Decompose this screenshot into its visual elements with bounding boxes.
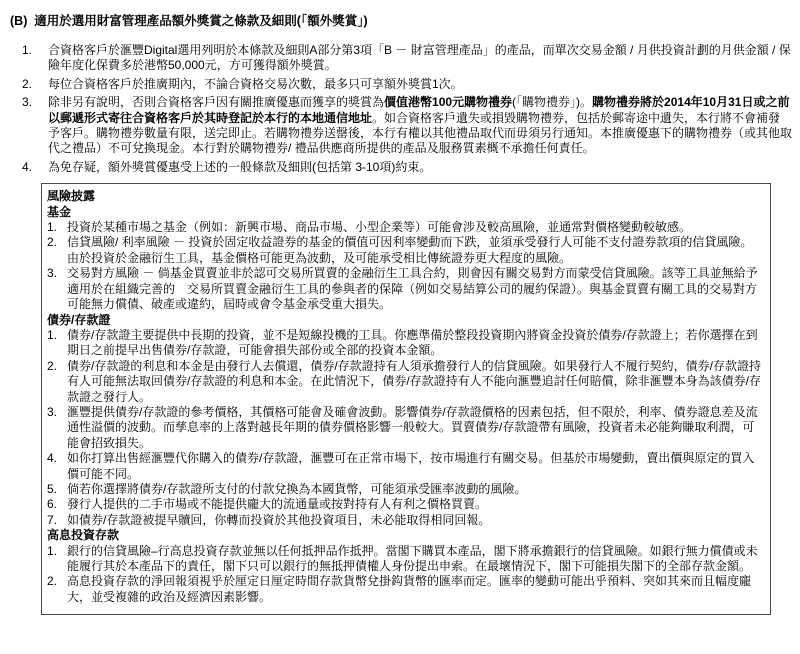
risk-item-text: 如債券/存款證被提早贖回，你轉而投資於其他投資項目，未必能取得相同回報。 [67,513,764,528]
term-text: 每位合資格客戶於推廣期內，不論合資格交易次數，最多只可享額外獎賞1次。 [48,77,792,92]
risk-item-number: 2. [47,574,67,589]
risk-item-text: 倘若你選擇將債券/存款證所支付的付款兌換為本國貨幣，可能須承受匯率波動的風險。 [67,482,764,497]
risk-disclosure-title: 風險披露 [47,189,764,204]
term-text: 為免存疑，額外獎賞優惠受上述的一般條款及細則(包括第 3-10項)約束。 [48,160,792,175]
term-item: 3.除非另有說明，否則合資格客戶因有關推廣優惠而獲享的獎賞為價值港幣100元購物… [22,95,792,157]
risk-item-text: 如你打算出售經滙豐代你購入的債券/存款證，滙豐可在正常市場下，按市場進行有關交易… [67,451,764,482]
term-item: 1.合資格客戶於滙豐Digital選用列明於本條款及細則A部分第3項「B － 財… [22,43,792,74]
text-segment: 債券/存款證主要提供中長期的投資，並不是短線投機的工具。你應準備於整段投資期內將… [67,328,758,357]
term-text: 合資格客戶於滙豐Digital選用列明於本條款及細則A部分第3項「B － 財富管… [48,43,792,74]
text-segment: 信貸風險/ 利率風險 － 投資於固定收益證券的基金的價值可因利率變動而下跌，並須… [67,235,752,264]
risk-item-number: 3. [47,405,67,420]
risk-item-number: 7. [47,513,67,528]
text-segment: 投資於某種市場之基金（例如：新興市場、商品市場、小型企業等）可能會涉及較高風險，… [67,220,691,234]
risk-item-number: 1. [47,544,67,559]
text-segment: (「購物禮券」)。 [512,95,592,109]
text-segment: 高息投資存款的淨回報須視乎於厘定日厘定時間存款貨幣兌掛鈎貨幣的匯率而定。匯率的變… [67,574,751,603]
risk-item: 2.信貸風險/ 利率風險 － 投資於固定收益證券的基金的價值可因利率變動而下跌，… [47,235,764,266]
text-segment: 合資格客戶於滙豐Digital選用列明於本條款及細則A部分第3項「B － 財富管… [48,43,791,72]
risk-item-number: 2. [47,359,67,374]
text-segment: 除非另有說明，否則合資格客戶因有關推廣優惠而獲享的獎賞為 [48,95,384,109]
risk-item-number: 1. [47,328,67,343]
text-segment: 發行人提供的二手市場或不能提供龐大的流通量或按對持有人有利之價格買賣。 [67,497,487,511]
risk-item-number: 5. [47,482,67,497]
risk-section-heading: 高息投資存款 [47,528,764,543]
risk-item-number: 2. [47,235,67,250]
risk-item: 1.銀行的信貸風險–行高息投資存款並無以任何抵押品作抵押。當閣下購買本產品，閣下… [47,544,764,575]
term-number: 4. [22,160,48,175]
risk-item-text: 投資於某種市場之基金（例如：新興市場、商品市場、小型企業等）可能會涉及較高風險，… [67,220,764,235]
term-item: 2.每位合資格客戶於推廣期內，不論合資格交易次數，最多只可享額外獎賞1次。 [22,77,792,92]
text-segment: 為免存疑，額外獎賞優惠受上述的一般條款及細則(包括第 3-10項)約束。 [48,160,431,174]
text-segment: 如債券/存款證被提早贖回，你轉而投資於其他投資項目，未必能取得相同回報。 [67,513,490,527]
risk-item-number: 3. [47,266,67,281]
risk-item: 2.高息投資存款的淨回報須視乎於厘定日厘定時間存款貨幣兌掛鈎貨幣的匯率而定。匯率… [47,574,764,605]
risk-section-heading: 基金 [47,205,764,220]
risk-section-heading: 債券/存款證 [47,313,764,328]
risk-item-text: 交易對方風險 － 倘基金買賣並非於認可交易所買賣的金融衍生工具合約，則會因有關交… [67,266,764,312]
risk-item-number: 4. [47,451,67,466]
text-segment: 交易對方風險 － 倘基金買賣並非於認可交易所買賣的金融衍生工具合約，則會因有關交… [67,266,758,311]
document-page: (B) 適用於選用財富管理產品額外獎賞之條款及細則(「額外獎賞」) 1.合資格客… [0,13,800,615]
risk-item: 5.倘若你選擇將債券/存款證所支付的付款兌換為本國貨幣，可能須承受匯率波動的風險… [47,482,764,497]
risk-item: 4.如你打算出售經滙豐代你購入的債券/存款證，滙豐可在正常市場下，按市場進行有關… [47,451,764,482]
term-number: 3. [22,95,48,110]
risk-disclosure-box: 風險披露 基金1.投資於某種市場之基金（例如：新興市場、商品市場、小型企業等）可… [41,183,771,615]
risk-item-text: 滙豐提供債券/存款證的參考價格，其價格可能會及確會波動。影響債券/存款證價格的因… [67,405,764,451]
risk-item: 1.債券/存款證主要提供中長期的投資，並不是短線投機的工具。你應準備於整段投資期… [47,328,764,359]
text-segment: 倘若你選擇將債券/存款證所支付的付款兌換為本國貨幣，可能須承受匯率波動的風險。 [67,482,526,496]
risk-item-text: 債券/存款證的利息和本金是由發行人去償還，債券/存款證持有人須承擔發行人的信貸風… [67,359,764,405]
risk-item-text: 銀行的信貸風險–行高息投資存款並無以任何抵押品作抵押。當閣下購買本產品，閣下將承… [67,544,764,575]
risk-sections: 基金1.投資於某種市場之基金（例如：新興市場、商品市場、小型企業等）可能會涉及較… [47,205,764,606]
text-segment: 銀行的信貸風險–行高息投資存款並無以任何抵押品作抵押。當閣下購買本產品，閣下將承… [67,544,758,573]
risk-item: 3.交易對方風險 － 倘基金買賣並非於認可交易所買賣的金融衍生工具合約，則會因有… [47,266,764,312]
term-text: 除非另有說明，否則合資格客戶因有關推廣優惠而獲享的獎賞為價值港幣100元購物禮券… [48,95,792,157]
risk-item-number: 6. [47,497,67,512]
text-segment: 如你打算出售經滙豐代你購入的債券/存款證，滙豐可在正常市場下，按市場進行有關交易… [67,451,754,480]
risk-item: 7.如債券/存款證被提早贖回，你轉而投資於其他投資項目，未必能取得相同回報。 [47,513,764,528]
text-segment: 債券/存款證的利息和本金是由發行人去償還，債券/存款證持有人須承擔發行人的信貸風… [67,359,761,404]
risk-item-text: 債券/存款證主要提供中長期的投資，並不是短線投機的工具。你應準備於整段投資期內將… [67,328,764,359]
term-number: 1. [22,43,48,58]
risk-item: 1.投資於某種市場之基金（例如：新興市場、商品市場、小型企業等）可能會涉及較高風… [47,220,764,235]
text-segment: 滙豐提供債券/存款證的參考價格，其價格可能會及確會波動。影響債券/存款證價格的因… [67,405,758,450]
risk-item: 3.滙豐提供債券/存款證的參考價格，其價格可能會及確會波動。影響債券/存款證價格… [47,405,764,451]
page-title: (B) 適用於選用財富管理產品額外獎賞之條款及細則(「額外獎賞」) [10,13,790,29]
risk-item: 2.債券/存款證的利息和本金是由發行人去償還，債券/存款證持有人須承擔發行人的信… [47,359,764,405]
risk-item-text: 高息投資存款的淨回報須視乎於厘定日厘定時間存款貨幣兌掛鈎貨幣的匯率而定。匯率的變… [67,574,764,605]
term-number: 2. [22,77,48,92]
text-segment: 每位合資格客戶於推廣期內，不論合資格交易次數，最多只可享額外獎賞1次。 [48,77,463,91]
bold-text-segment: 價值港幣100元購物禮券 [384,95,512,109]
terms-list: 1.合資格客戶於滙豐Digital選用列明於本條款及細則A部分第3項「B － 財… [22,43,792,175]
risk-item-text: 信貸風險/ 利率風險 － 投資於固定收益證券的基金的價值可因利率變動而下跌，並須… [67,235,764,266]
risk-item-number: 1. [47,220,67,235]
risk-item-text: 發行人提供的二手市場或不能提供龐大的流通量或按對持有人有利之價格買賣。 [67,497,764,512]
risk-item: 6.發行人提供的二手市場或不能提供龐大的流通量或按對持有人有利之價格買賣。 [47,497,764,512]
term-item: 4.為免存疑，額外獎賞優惠受上述的一般條款及細則(包括第 3-10項)約束。 [22,160,792,175]
